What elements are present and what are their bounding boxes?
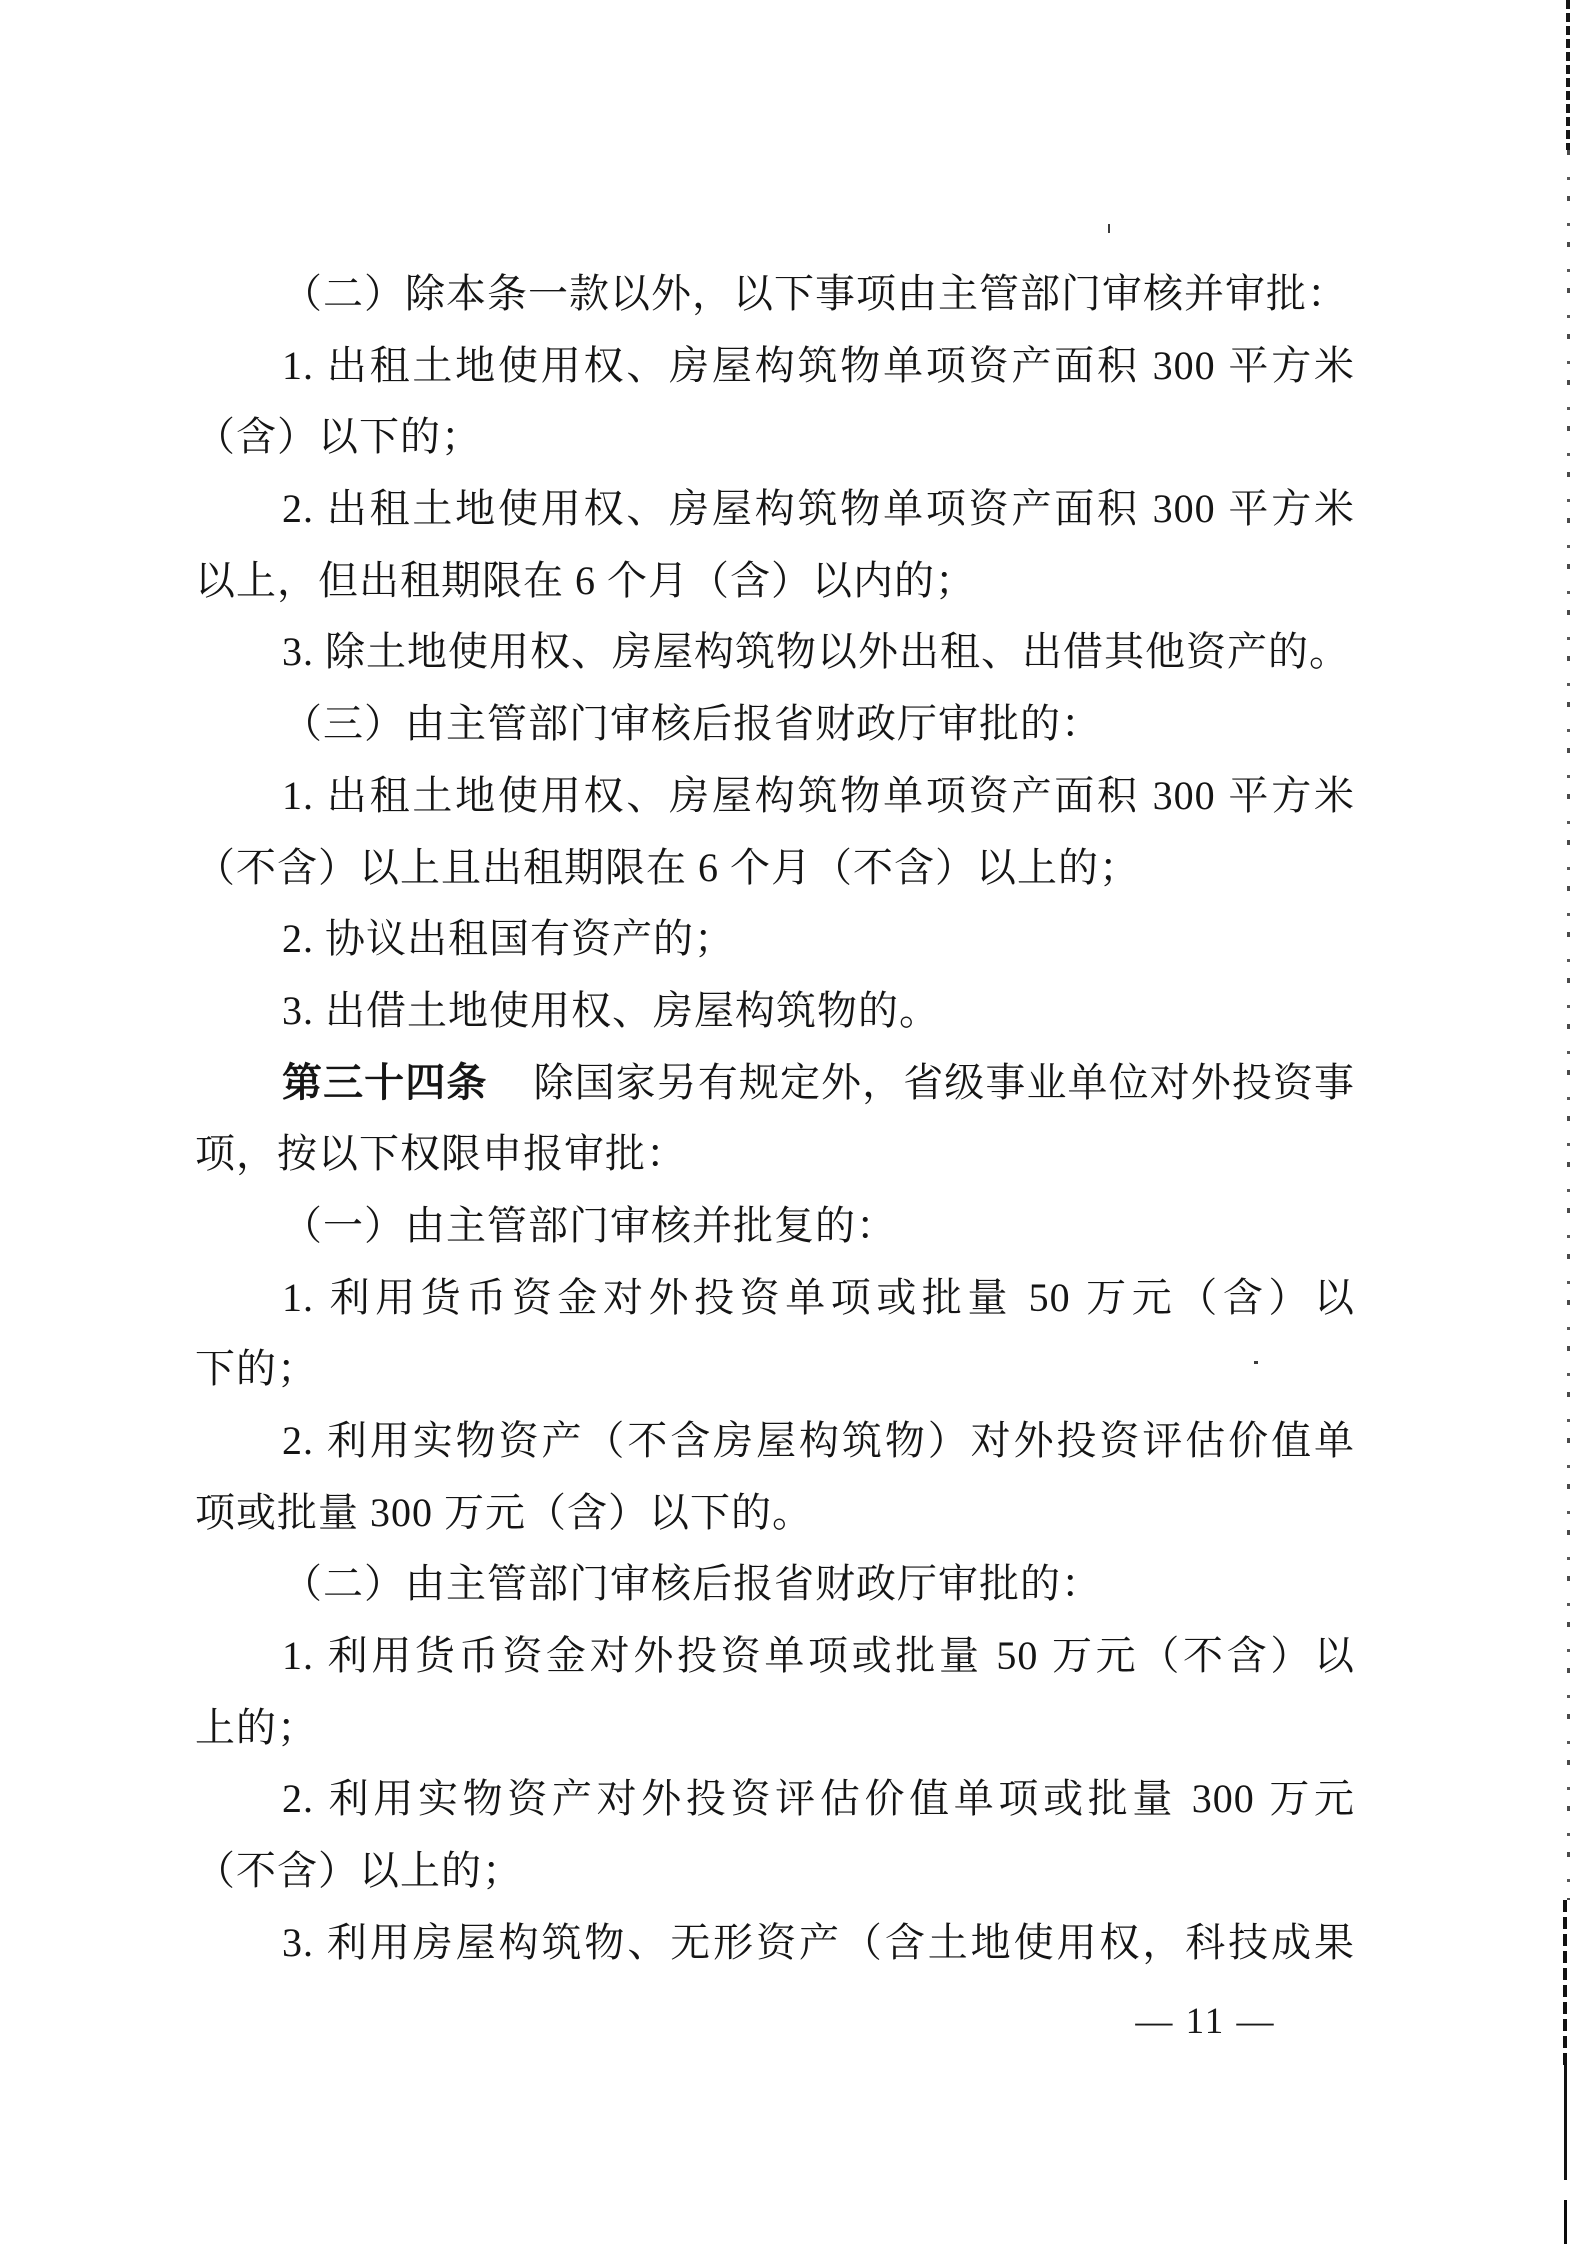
article-number: 第三十四条 [282,1060,487,1105]
scan-edge-artifact [1564,2060,1567,2244]
text-line-14: （一）由主管部门审核并批复的： [195,1190,1355,1262]
text-line-11: 3. 出借土地使用权、房屋构筑物的。 [195,975,1355,1047]
text-line-15: 1. 利用货币资金对外投资单项或批量 50 万元（含）以 [195,1262,1355,1334]
text-line-21: 上的； [195,1692,1355,1764]
document-page: （二）除本条一款以外，以下事项由主管部门审核并审批：1. 出租土地使用权、房屋构… [0,0,1586,2244]
scan-edge-artifact [1567,150,1570,1900]
text-line-19: （二）由主管部门审核后报省财政厅审批的： [195,1548,1355,1620]
text-line-12: 第三十四条除国家另有规定外，省级事业单位对外投资事 [195,1047,1355,1119]
scan-edge-artifact [1563,1900,1567,2070]
text-line-22: 2. 利用实物资产对外投资评估价值单项或批量 300 万元 [195,1763,1355,1835]
text-line-4: 2. 出租土地使用权、房屋构筑物单项资产面积 300 平方米 [195,473,1355,545]
text-line-7: （三）由主管部门审核后报省财政厅审批的： [195,688,1355,760]
text-line-18: 项或批量 300 万元（含）以下的。 [195,1477,1355,1549]
text-line-24: 3. 利用房屋构筑物、无形资产（含土地使用权，科技成果 [195,1907,1355,1979]
text-line-16: 下的； [195,1333,1355,1405]
page-number: — 11 — [1118,2000,1293,2044]
scan-edge-artifact [1566,0,1570,150]
text-line-1: （二）除本条一款以外，以下事项由主管部门审核并审批： [195,258,1355,330]
text-line-3: （含）以下的； [195,401,1355,473]
text-line-9: （不含）以上且出租期限在 6 个月（不含）以上的； [195,832,1355,904]
text-line-20: 1. 利用货币资金对外投资单项或批量 50 万元（不含）以 [195,1620,1355,1692]
text-line-2: 1. 出租土地使用权、房屋构筑物单项资产面积 300 平方米 [195,330,1355,402]
body-text: （二）除本条一款以外，以下事项由主管部门审核并审批：1. 出租土地使用权、房屋构… [195,258,1355,1979]
text-line-5: 以上，但出租期限在 6 个月（含）以内的； [195,545,1355,617]
scan-speck [1108,224,1110,233]
text-line-6: 3. 除土地使用权、房屋构筑物以外出租、出借其他资产的。 [195,616,1355,688]
text-line-8: 1. 出租土地使用权、房屋构筑物单项资产面积 300 平方米 [195,760,1355,832]
text-line-23: （不含）以上的； [195,1835,1355,1907]
text-line-13: 项，按以下权限申报审批： [195,1118,1355,1190]
text-line-10: 2. 协议出租国有资产的； [195,903,1355,975]
text-line-17: 2. 利用实物资产（不含房屋构筑物）对外投资评估价值单 [195,1405,1355,1477]
